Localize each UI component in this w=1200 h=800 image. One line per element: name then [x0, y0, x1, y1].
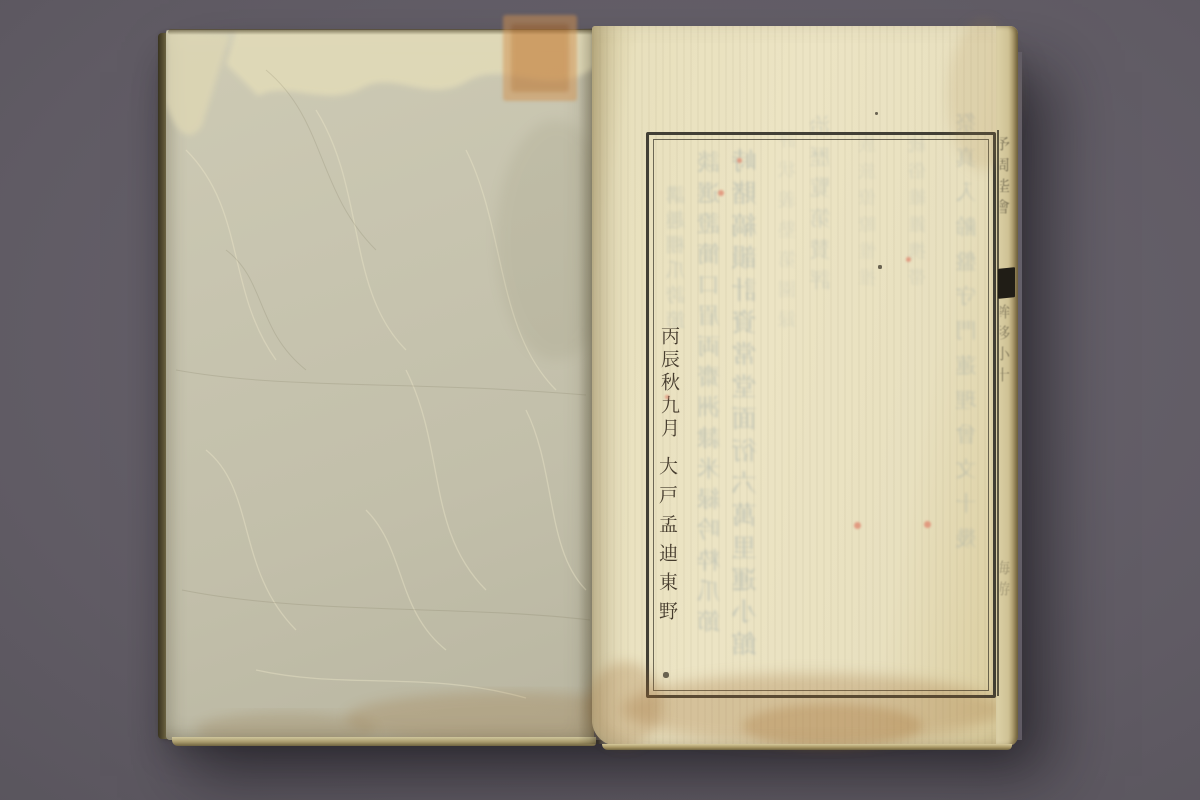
- bottom-stain-left-page: [346, 692, 594, 740]
- fore-edge-strip: 予周坒會鉾移小十海游: [996, 26, 1018, 746]
- red-ink-mark: [906, 257, 911, 262]
- fishtail-notch: [998, 267, 1015, 299]
- printed-frame-inner-line: [653, 139, 989, 691]
- fore-edge-glyph-group: 鉾移小十: [1000, 304, 1013, 392]
- red-ink-mark: [854, 522, 861, 529]
- left-page-bottom-edge: [172, 737, 596, 746]
- ink-speck: [878, 265, 882, 269]
- ink-speck: [663, 672, 669, 678]
- printed-frame: [646, 132, 996, 698]
- right-printed-page: 講趣棚爪誇節談選證簡口眉両齋洲隷米緑吟粋爪節峙賭縞韻計資常堂面衍六萬里運小館評状…: [592, 26, 1018, 746]
- gutter-bottom-stain: [588, 662, 662, 746]
- right-page-bottom-edge: [602, 744, 1012, 750]
- torn-cream-patch-corner: [166, 30, 230, 135]
- left-blank-page: [166, 30, 594, 740]
- photo-background: 講趣棚爪誇節談選證簡口眉両齋洲隷米緑吟粋爪節峙賭縞韻計資常堂面衍六萬里運小館評状…: [0, 0, 1200, 800]
- fore-edge-glyph-group: 海游: [1000, 560, 1013, 604]
- red-ink-mark: [737, 158, 742, 163]
- fore-edge-frame-line: [997, 130, 999, 696]
- ink-speck: [875, 112, 878, 115]
- bottom-stain-2: [742, 704, 922, 748]
- inscription-date-column: 丙辰秋九月: [656, 326, 683, 441]
- red-ink-mark: [665, 395, 669, 399]
- fore-edge-glyph-group: 予周坒會: [1000, 136, 1013, 224]
- left-page-texture-overlay: [166, 30, 594, 740]
- red-ink-mark: [718, 190, 724, 196]
- inscription-signature-column: 大戸孟迪東野: [654, 456, 681, 630]
- repair-tape-shade: [511, 24, 569, 92]
- red-ink-mark: [924, 521, 931, 528]
